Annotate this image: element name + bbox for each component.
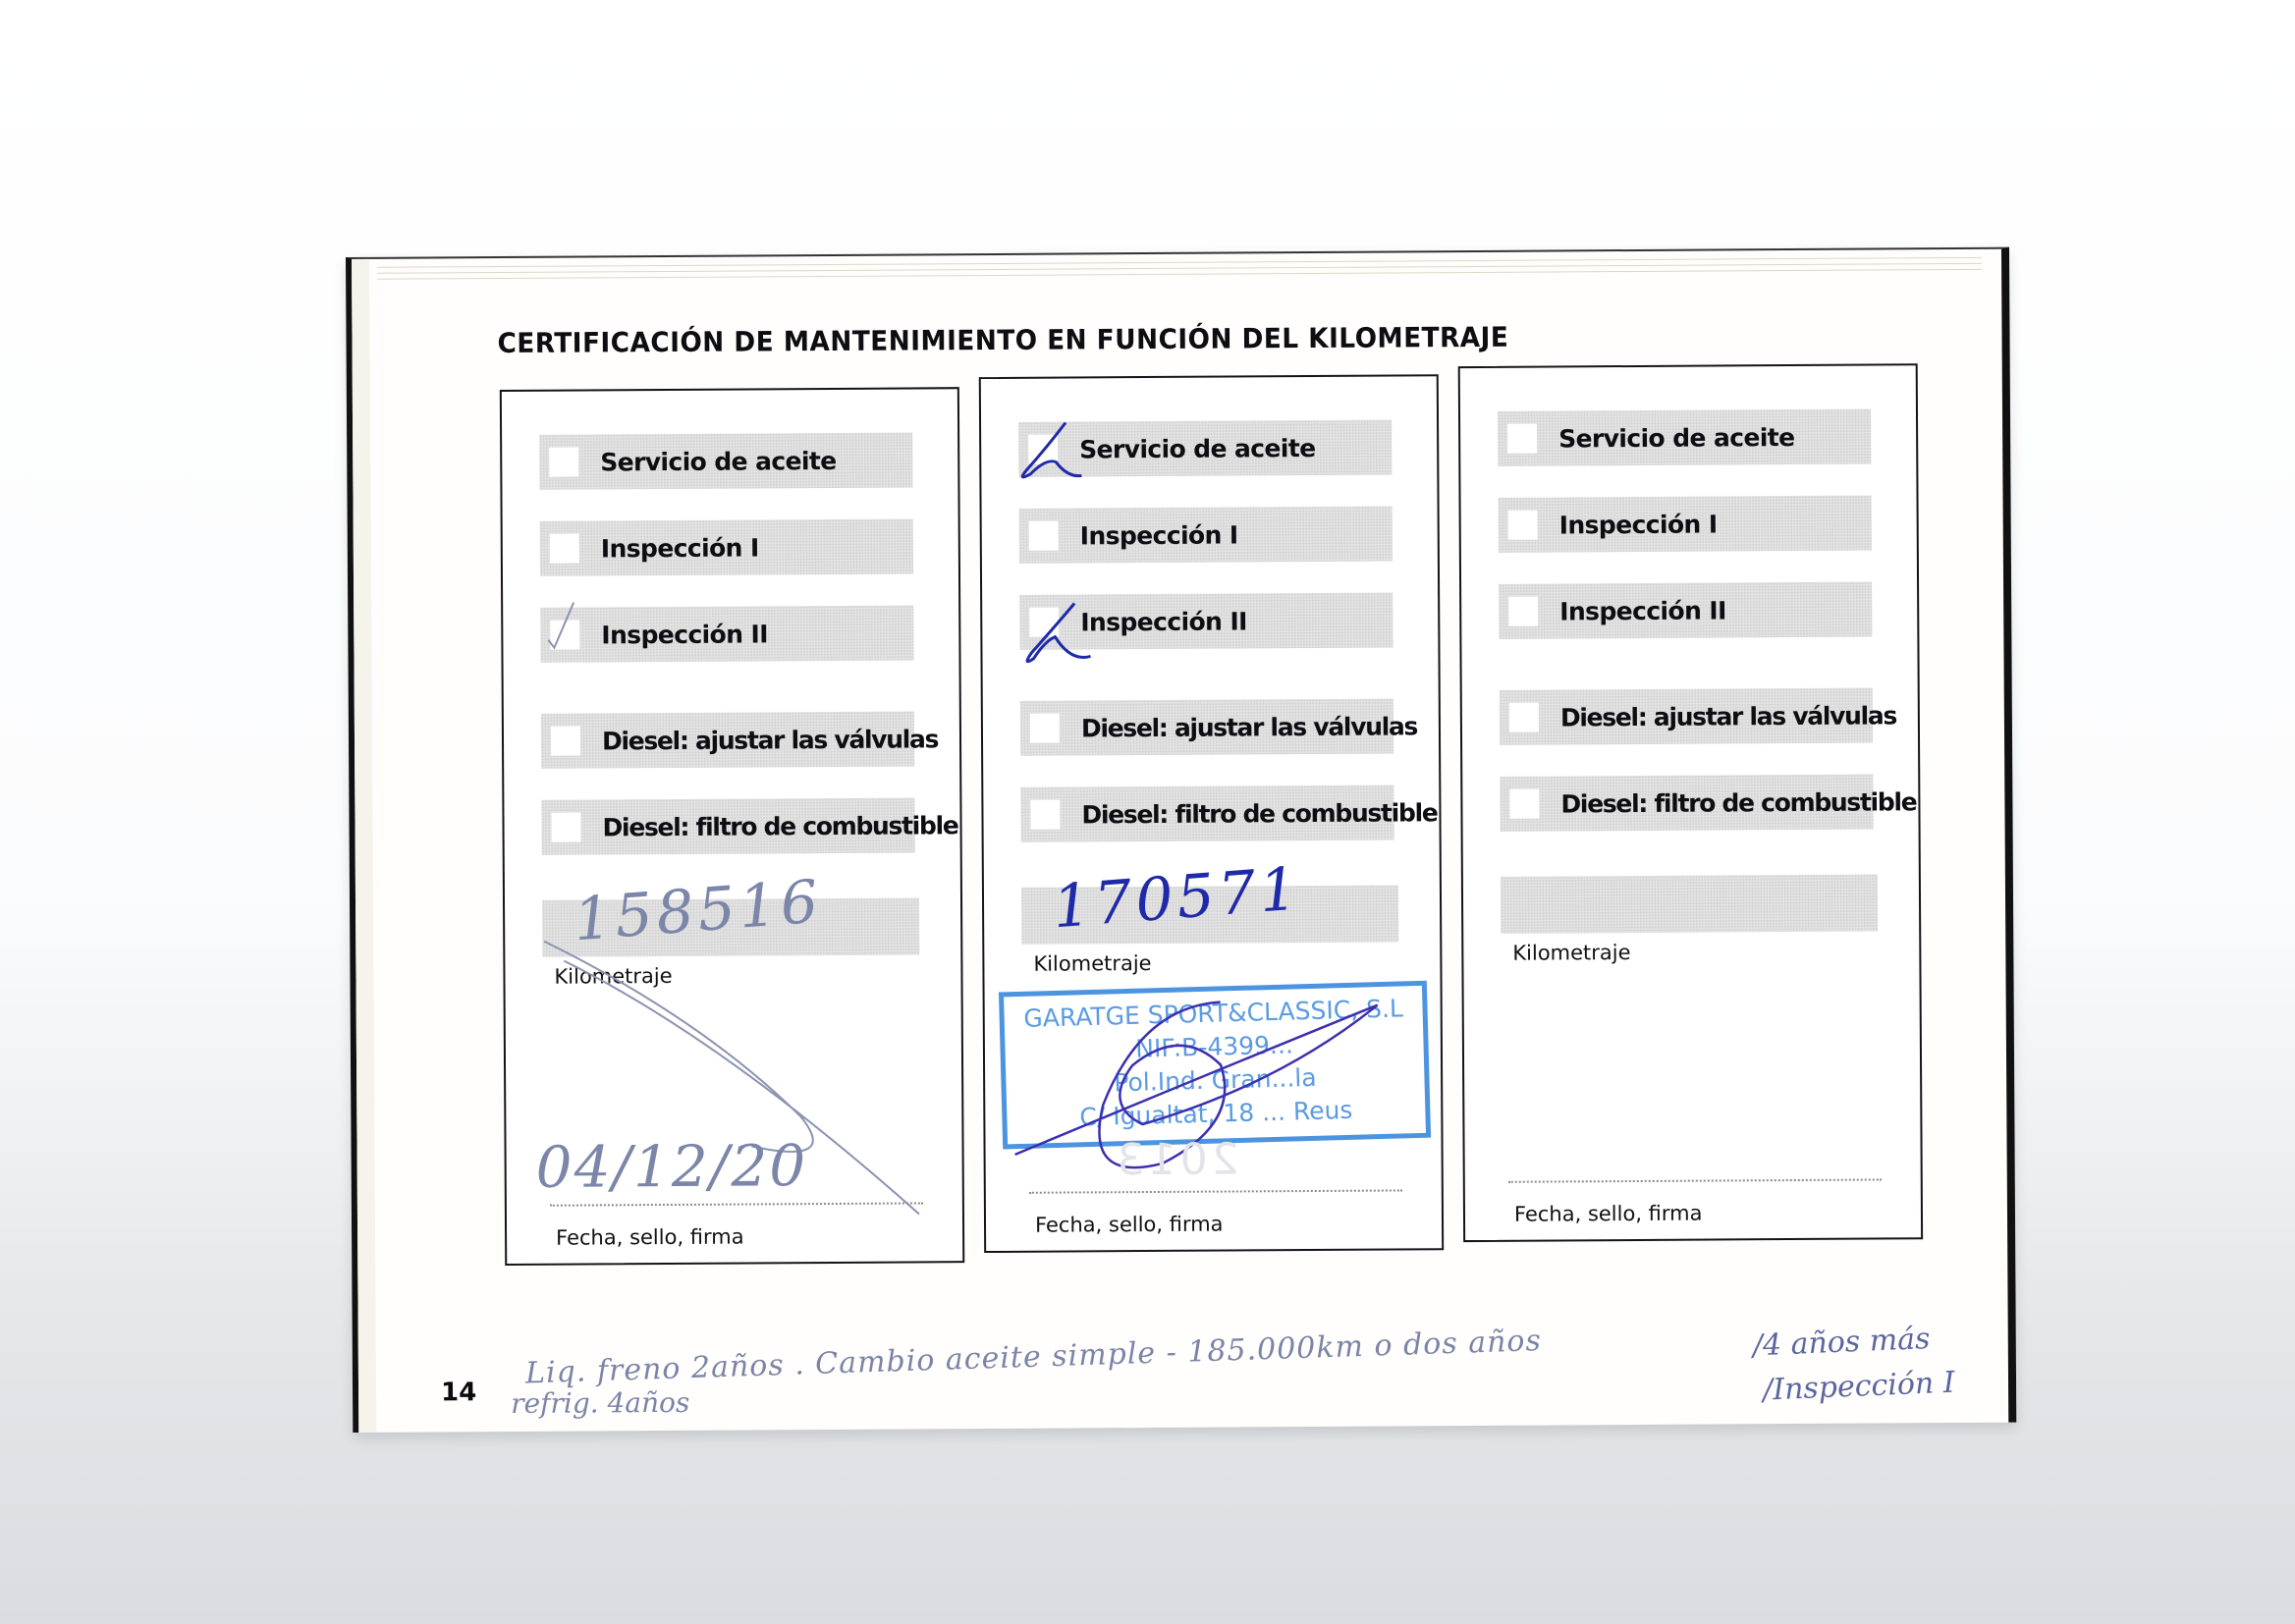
item-label: Diesel: ajustar las válvulas <box>1560 701 1896 731</box>
mileage-label: Kilometraje <box>1512 941 1630 965</box>
maintenance-column-1: Servicio de aceite Inspección I Inspecci… <box>500 387 964 1266</box>
item-label: Diesel: ajustar las válvulas <box>602 725 938 755</box>
item-diesel-valves: Diesel: ajustar las válvulas <box>1500 688 1873 745</box>
checkbox[interactable] <box>1030 800 1060 830</box>
signature-line <box>1029 1189 1402 1193</box>
item-diesel-valves: Diesel: ajustar las válvulas <box>1020 698 1393 755</box>
handwritten-note: refrig. 4años <box>511 1386 689 1420</box>
item-label: Diesel: ajustar las válvulas <box>1081 712 1417 742</box>
item-label: Servicio de aceite <box>1558 422 1794 452</box>
item-inspection-1: Inspección I <box>1019 506 1393 563</box>
item-inspection-1: Inspección I <box>540 518 913 575</box>
item-diesel-fuel-filter: Diesel: filtro de combustible <box>1500 775 1873 832</box>
signature-label: Fecha, sello, firma <box>1514 1202 1703 1226</box>
item-label: Inspección II <box>1559 596 1726 625</box>
checkbox-checked[interactable] <box>1029 608 1059 637</box>
handwritten-note: /4 años más <box>1752 1322 1931 1363</box>
workshop-stamp: GARATGE SPORT&CLASSIC, S.L NIF:B-4399...… <box>999 981 1431 1150</box>
checkbox-checked[interactable] <box>550 621 579 650</box>
item-label: Diesel: filtro de combustible <box>602 811 957 841</box>
mileage-label: Kilometraje <box>554 964 672 989</box>
checkbox[interactable] <box>550 534 579 564</box>
item-oil-service: Servicio de aceite <box>1018 419 1392 476</box>
page-number: 14 <box>441 1378 476 1407</box>
checkbox[interactable] <box>551 813 580 842</box>
item-diesel-fuel-filter: Diesel: filtro de combustible <box>541 797 914 854</box>
item-label: Servicio de aceite <box>600 446 836 475</box>
item-label: Servicio de aceite <box>1079 433 1315 462</box>
checkbox[interactable] <box>1030 714 1060 743</box>
checkbox[interactable] <box>1509 789 1539 819</box>
signature-label: Fecha, sello, firma <box>556 1225 744 1250</box>
item-oil-service: Servicio de aceite <box>539 432 912 489</box>
checkbox[interactable] <box>1508 511 1538 540</box>
item-inspection-1: Inspección I <box>1499 496 1872 553</box>
item-label: Inspección I <box>1559 510 1718 539</box>
item-label: Diesel: filtro de combustible <box>1081 798 1437 829</box>
pen-cross-icon <box>1021 601 1100 670</box>
item-diesel-valves: Diesel: ajustar las válvulas <box>541 711 914 768</box>
checkbox[interactable] <box>551 727 580 756</box>
page-edge-line <box>377 257 1982 268</box>
item-inspection-2: Inspección II <box>540 605 913 662</box>
signature-line <box>550 1202 923 1206</box>
item-inspection-2: Inspección II <box>1499 582 1872 639</box>
checkbox-checked[interactable] <box>1028 435 1058 464</box>
item-label: Inspección I <box>1080 520 1238 550</box>
checkbox[interactable] <box>1029 521 1059 551</box>
item-diesel-fuel-filter: Diesel: filtro de combustible <box>1020 785 1393 841</box>
signature-line <box>1508 1178 1882 1182</box>
mileage-field[interactable] <box>1501 874 1878 933</box>
maintenance-column-3: Servicio de aceite Inspección I Inspecci… <box>1458 363 1923 1242</box>
page-title: CERTIFICACIÓN DE MANTENIMIENTO EN FUNCIÓ… <box>497 321 1508 359</box>
item-inspection-2: Inspección II <box>1019 592 1393 649</box>
pen-cross-icon <box>1016 418 1085 487</box>
item-label: Inspección II <box>1080 607 1247 636</box>
checkbox[interactable] <box>1507 424 1537 454</box>
service-date: 04/12/20 <box>535 1132 807 1201</box>
item-label: Inspección I <box>601 533 759 563</box>
maintenance-column-2: Servicio de aceite Inspección I Inspecci… <box>979 374 1444 1253</box>
service-booklet: CERTIFICACIÓN DE MANTENIMIENTO EN FUNCIÓ… <box>346 247 2016 1433</box>
signature-label: Fecha, sello, firma <box>1035 1213 1224 1237</box>
mileage-label: Kilometraje <box>1033 951 1151 976</box>
checkbox[interactable] <box>549 448 578 477</box>
item-oil-service: Servicio de aceite <box>1498 409 1871 466</box>
show-through-text: 2013 <box>1113 1134 1238 1185</box>
pencil-check-icon <box>544 597 583 656</box>
checkbox[interactable] <box>1508 597 1538 626</box>
item-label: Diesel: filtro de combustible <box>1560 787 1916 818</box>
item-label: Inspección II <box>601 620 768 649</box>
checkbox[interactable] <box>1509 703 1539 732</box>
